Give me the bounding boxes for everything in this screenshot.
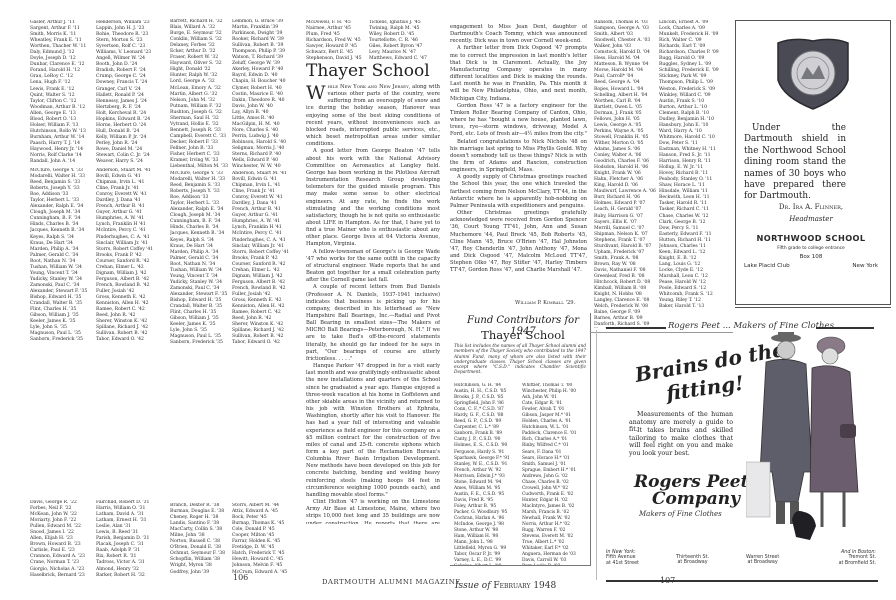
- banner-rule-left: [606, 327, 666, 329]
- list-item: Tabor, Edward O. '42: [232, 340, 298, 346]
- store-new-york-fifth: In New York: Fifth Avenue at 41st Street: [606, 550, 639, 566]
- fund-contributors-box: Fund Contributors for 1947 Thayer School…: [450, 313, 591, 566]
- article-paragraph: A fellow-townsman of George's is George …: [306, 249, 440, 285]
- northwood-school-ad: Under the Dartmouth shield in the Northw…: [735, 20, 891, 305]
- alumni-list-col2-mid: Anderson, Stuart M. '41Bovill, Edwin G. …: [96, 168, 166, 498]
- article-paragraph: Hanque Parker '47 dropped in for a visit…: [306, 363, 440, 499]
- northwood-location-right: New York: [852, 263, 878, 269]
- ad-left-border: [596, 330, 597, 580]
- alumni-list-col2-bottom: Fairchild, Robert D. '31Harris, William …: [96, 500, 166, 580]
- list-item: Winchester, W. W. '40: [232, 164, 298, 170]
- northwood-school-name: NORTHWOOD SCHOOL: [736, 233, 886, 243]
- page-number-right: 107: [660, 576, 675, 585]
- list-item: Randall, John A. '14: [30, 159, 98, 165]
- ad-body-2: It takes brains and skilled tailoring to…: [629, 427, 733, 457]
- headmaster-name: Dr. Ira A. Flinner,: [736, 203, 886, 211]
- article-paragraph: Gordon Ross '47 is a factory engineer fo…: [450, 103, 587, 139]
- article-paragraph: A good letter from George Beaton '47 tel…: [306, 148, 440, 248]
- list-item: Liebenthal, Milton M. '33: [170, 164, 238, 170]
- alumni-list-col3: Barrett, Richard H. '32Blais, Willard A.…: [170, 19, 238, 171]
- ad-divider: [735, 307, 891, 308]
- thayer-school-heading: Thayer School: [306, 62, 430, 80]
- alumni-list-col3-mid: McClure, George Y. '33Modarelli, Walter …: [170, 171, 238, 501]
- alumni-list-col4: Lemmon, G. Bruce '39Martin, Franklin '39…: [232, 19, 298, 171]
- store-thirteenth: Thirteenth St. at Broadway: [676, 555, 709, 566]
- list-item: Weaver, Harry S. '24: [96, 159, 166, 165]
- alumni-list-col3-bottom: Branch, Dexter R. '38Burman, Douglas E. …: [170, 503, 238, 578]
- article-paragraph: A goodly supply of Christmas greetings r…: [450, 174, 587, 210]
- list-item: Sanborn, Frederick '35: [30, 337, 98, 343]
- list-item: Storrs, Robert Coffey '41: [232, 250, 298, 256]
- fund-title: Thayer School: [456, 328, 590, 342]
- headmaster-title: Headmaster: [736, 215, 886, 223]
- lead-small-caps: hile New York and New Jersey,: [328, 84, 411, 90]
- northwood-location-left: Lake Placid Club: [744, 263, 790, 269]
- northwood-caption: Under the Dartmouth shield in the Northw…: [744, 123, 846, 203]
- article-paragraph: engagement to Miss Jean Dent, daughter o…: [450, 24, 587, 45]
- list-item: Barker, Robert H. '32: [96, 573, 166, 579]
- list-item: Gakalus, Albert L. '00: [454, 564, 522, 565]
- rogers-peet-ad: Rogers Peet ... Makers of Fine Clothes B…: [596, 314, 890, 594]
- store-warren: Warren Street at Broadway: [746, 555, 779, 566]
- northwood-tagline: Fifth grade to college entrance: [736, 246, 886, 251]
- banner-rule-right: [816, 327, 874, 329]
- article-paragraph: Clint Holton '47 is working on the Limes…: [306, 499, 440, 524]
- list-item: Parr, Leslie B. '03: [522, 564, 590, 565]
- fund-list-col1: Hutchinson, G. H. '84Austin, H. H., C.S.…: [454, 383, 522, 565]
- store-locations: In New York: Fifth Avenue at 41st Street…: [606, 550, 876, 580]
- article-signature: William P. Kimball '29.: [515, 300, 575, 306]
- right-list-col2: Lincoln, Ernest A. '09Lock, Charles A. '…: [659, 20, 731, 328]
- alumni-list-col2: Henderson, William '23Lappin, John H. J.…: [96, 20, 166, 167]
- list-item: Tabor, Edward O. '42: [96, 337, 166, 343]
- alumni-list-col1-bottom: Davis, George R. '22Forbes, Neil F. '22M…: [30, 500, 98, 580]
- alumni-list-col4-bottom: Storrs, Albert M. '44Attix, Edward A. '4…: [232, 503, 298, 578]
- list-item: Haselbrick, Bernard '23: [30, 573, 98, 579]
- alumni-list-col4-mid: Anderson, Stuart M. '41Bovill, Edwin G. …: [232, 171, 298, 501]
- couple-illustration-icon: [746, 332, 876, 552]
- article-lead-paragraph: While New York and New Jersey, along wit…: [306, 84, 440, 148]
- rogers-peet-banner: Rogers Peet ... Makers of Fine Clothes: [668, 321, 834, 331]
- alumni-list-col1: Gasler, Arthur J. '11Sargent, Arthur F. …: [30, 20, 98, 167]
- article-paragraph: Other Christmas greetings gratefully ack…: [450, 210, 587, 274]
- ad-bottom-rule: [606, 580, 878, 582]
- page-number-left: 106: [233, 573, 248, 582]
- store-boston: And in Boston: Tremont St. at Bromfield …: [839, 550, 876, 566]
- right-list-col1: Ransom, Thomas R. '03Sampson, George A. …: [594, 20, 666, 328]
- fund-intro: This list includes the names of all Thay…: [454, 344, 586, 376]
- article-paragraph: Belated congratulations to Nick Nichols …: [450, 139, 587, 175]
- article-paragraph: A couple of recent letters from Bud Dani…: [306, 284, 440, 363]
- rogers-peet-logo-line2: Company: [652, 489, 740, 509]
- article-paragraph: A further letter from Dick Osgood '47 pr…: [450, 45, 587, 102]
- rogers-peet-logo-tagline: Makers of Fine Clothes: [639, 510, 722, 518]
- thayer-list-col2: Tickelis, Ignatius J. '45Twining, Ralph …: [369, 20, 441, 65]
- issue-date: Issue of February 1948: [455, 581, 556, 591]
- magazine-footer: DARTMOUTH ALUMNI MAGAZINE: [322, 578, 461, 586]
- list-item: Godfrey, John '39: [170, 570, 238, 576]
- thayer-list-col1: McDowell, F. H. '45Nairnee, Arthur '45Pl…: [306, 20, 376, 65]
- dartmouth-shield-icon: [773, 35, 853, 110]
- list-item: Baker, Harold T. '13: [659, 304, 731, 310]
- drop-cap: W: [306, 85, 326, 101]
- thayer-article-continued: engagement to Miss Jean Dent, daughter o…: [450, 24, 587, 296]
- list-item: Sanborn, Frederick '35: [170, 340, 238, 346]
- fund-list-col2: Whittier, Thomas T. '00Winchester, Phili…: [522, 383, 590, 565]
- alumni-list-col1-mid: McClure, George Y. '33Modarelli, Walter …: [30, 168, 98, 498]
- northwood-box: Box 108: [736, 254, 886, 260]
- thayer-article-body: While New York and New Jersey, along wit…: [306, 84, 440, 524]
